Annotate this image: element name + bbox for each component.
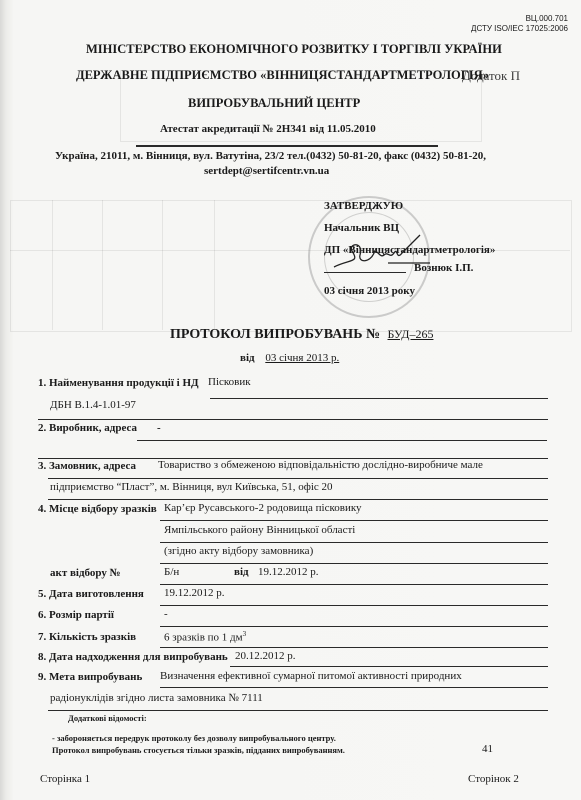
bleed-through-table: [10, 200, 572, 332]
field-7-value: 6 зразків по 1 дм3: [164, 630, 246, 644]
test-center-title: ВИПРОБУВАЛЬНИЙ ЦЕНТР: [188, 96, 360, 111]
page-reference-number: 41: [482, 743, 493, 755]
protocol-date: від 03 січня 2013 р.: [240, 352, 339, 364]
field-1-standard: ДБН В.1.4-1.01-97: [50, 399, 136, 411]
field-3-value: Товариство з обмеженою відповідальністю …: [158, 459, 483, 471]
act-label: акт відбору №: [50, 567, 121, 579]
bleed-through-line: [214, 200, 215, 330]
field-3-underline: [48, 478, 548, 479]
field-1-underline: [210, 398, 548, 399]
field-5-label: 5. Дата виготовлення: [38, 588, 144, 600]
protocol-title: ПРОТОКОЛ ВИПРОБУВАНЬ № БУД–265: [170, 327, 433, 343]
page-number: Сторінка 1: [40, 773, 90, 785]
field-7-underline: [160, 647, 548, 648]
field-4-value-3: (згідно акту відбору замовника): [164, 545, 313, 557]
signature-line: [324, 272, 406, 273]
field-2-underline: [137, 440, 547, 441]
appendix-overlay-text: Додаток П: [462, 68, 520, 84]
notes-item-2: Протокол випробувань стосується тільки з…: [52, 745, 345, 755]
field-9-value-2: радіонуклідів згідно листа замовника № 7…: [50, 692, 263, 704]
act-number: Б/н: [164, 566, 179, 578]
field-4-underline: [160, 520, 548, 521]
field-4-underline-2: [160, 542, 548, 543]
bleed-through-line: [102, 200, 103, 330]
field-4-value: Кар’єр Русавського-2 родовища пісковику: [164, 502, 362, 514]
field-7-label: 7. Кількість зразків: [38, 631, 136, 643]
field-5-underline: [160, 605, 548, 606]
act-top-rule: [160, 563, 548, 564]
accreditation-line: Атестат акредитації № 2Н341 від 11.05.20…: [160, 123, 376, 135]
notes-item-1: - забороняється передрук протоколу без д…: [52, 733, 336, 743]
field-4-value-2: Ямпільського району Вінницької області: [164, 524, 355, 536]
approval-date: 03 січня 2013 року: [324, 285, 415, 297]
field-1-underline-2: [38, 419, 548, 420]
protocol-title-prefix: ПРОТОКОЛ ВИПРОБУВАНЬ №: [170, 327, 380, 342]
field-4-label: 4. Місце відбору зразків: [38, 503, 157, 515]
field-3-value-2: підприємство “Пласт”, м. Вінниця, вул Ки…: [50, 481, 333, 493]
protocol-number: БУД–265: [388, 327, 434, 341]
field-1-label: 1. Найменування продукції і НД: [38, 377, 199, 389]
protocol-date-value: 03 січня 2013 р.: [265, 352, 339, 364]
field-2-label: 2. Виробник, адреса: [38, 422, 137, 434]
document-code: ВЦ.000.701: [526, 14, 568, 23]
approval-title: ЗАТВЕРДЖУЮ: [324, 200, 403, 212]
notes-title: Додаткові відомості:: [68, 713, 147, 723]
bleed-through-line: [52, 200, 53, 330]
field-6-label: 6. Розмір партії: [38, 609, 114, 621]
field-3-underline-2: [48, 499, 548, 500]
field-6-underline: [160, 626, 548, 627]
act-underline: [160, 584, 548, 585]
act-date: 19.12.2012 р.: [258, 566, 319, 578]
field-9-label: 9. Мета випробувань: [38, 671, 142, 683]
field-5-value: 19.12.2012 р.: [164, 587, 225, 599]
field-1-value: Пісковик: [208, 376, 251, 388]
field-6-value: -: [164, 608, 168, 620]
approval-signatory: Вознюк І.П.: [414, 262, 473, 274]
enterprise-title: ДЕРЖАВНЕ ПІДПРИЄМСТВО «ВІННИЦЯСТАНДАРТМЕ…: [76, 68, 489, 83]
field-7-unit-exponent: 3: [243, 630, 247, 638]
field-7-value-text: 6 зразків по 1 дм: [164, 632, 243, 644]
field-9-underline-2: [48, 710, 548, 711]
field-8-underline: [230, 666, 548, 667]
act-date-label: від: [234, 566, 249, 578]
address-line: Україна, 21011, м. Вінниця, вул. Ватутін…: [55, 150, 486, 162]
field-2-value: -: [157, 422, 161, 434]
field-3-label: 3. Замовник, адреса: [38, 460, 136, 472]
field-8-value: 20.12.2012 р.: [235, 650, 296, 662]
protocol-date-prefix: від: [240, 352, 255, 364]
standard-reference: ДСТУ ISO/IEC 17025:2006: [471, 24, 568, 33]
field-9-underline: [160, 687, 548, 688]
field-8-label: 8. Дата надходження для випробувань: [38, 651, 228, 663]
bleed-through-line: [162, 200, 163, 330]
email-line: sertdept@sertifcentr.vn.ua: [204, 165, 329, 177]
ministry-title: МІНІСТЕРСТВО ЕКОНОМІЧНОГО РОЗВИТКУ І ТОР…: [86, 42, 502, 57]
header-divider: [136, 145, 438, 147]
field-9-value: Визначення ефективної сумарної питомої а…: [160, 670, 462, 682]
total-pages: Сторінок 2: [468, 773, 519, 785]
